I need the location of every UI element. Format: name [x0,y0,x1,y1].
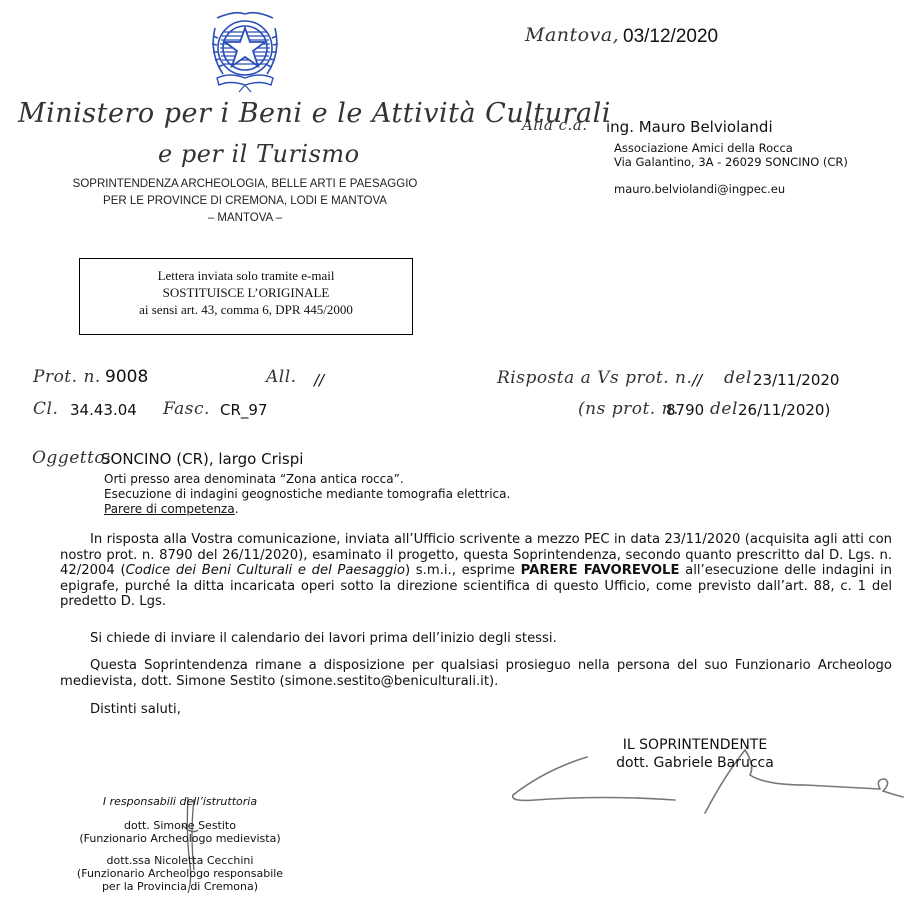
ministry-name-line2: e per il Turismo [158,140,338,168]
person2-role-line1: (Funzionario Archeologo responsabile [55,867,305,880]
office-heading: SOPRINTENDENZA ARCHEOLOGIA, BELLE ARTI E… [40,176,450,227]
cl-label: Cl. [33,399,58,419]
signatory-name: dott. Gabriele Barucca [590,754,800,772]
notice-line-1: Lettera inviata solo tramite e-mail [80,267,412,284]
subject-line-3: Parere di competenza. [104,502,510,517]
closing: Distinti saluti, [60,702,892,718]
person1-name: dott. Simone Sestito [55,819,305,832]
office-line-3: – MANTOVA – [40,210,450,227]
subject-title: SONCINO (CR), largo Crispi [101,450,303,468]
fasc-label: Fasc. [163,399,210,419]
ns-del-label: del [710,399,738,419]
recipient-email: mauro.belviolandi@ingpec.eu [614,182,785,196]
reply-del-label: del [724,368,752,388]
signatory-block: IL SOPRINTENDENTE dott. Gabriele Barucca [590,736,800,772]
letter-date: 03/12/2020 [623,26,718,48]
person2-name: dott.ssa Nicoletta Cecchini [55,854,305,867]
prot-value: 9008 [105,367,148,387]
reply-value: // [692,371,702,389]
recipient-address: Via Galantino, 3A - 26029 SONCINO (CR) [614,155,848,169]
notice-line-3: ai sensi art. 43, comma 6, DPR 445/2000 [80,301,412,318]
ns-prot-label: (ns prot. n. [578,399,679,419]
place-label: Mantova, [525,24,619,46]
responsabili-block: I responsabili dell’istruttoria dott. Si… [55,795,305,893]
prot-label: Prot. n. [33,367,101,387]
ns-prot-value: 8790 [666,401,704,419]
office-line-1: SOPRINTENDENZA ARCHEOLOGIA, BELLE ARTI E… [40,176,450,193]
subject-line-2: Esecuzione di indagini geognostiche medi… [104,487,510,502]
subject-underlined: Parere di competenza [104,502,235,516]
email-notice-box: Lettera inviata solo tramite e-mail SOST… [79,258,413,335]
reply-label: Risposta a Vs prot. n. [497,368,692,388]
responsabili-title: I responsabili dell’istruttoria [55,795,305,808]
recipient-name: ing. Mauro Belviolandi [606,118,773,136]
body-paragraph-1: In risposta alla Vostra comunicazione, i… [60,532,892,610]
notice-line-2: SOSTITUISCE L’ORIGINALE [80,284,412,301]
cl-value: 34.43.04 [70,401,137,419]
signatory-title: IL SOPRINTENDENTE [590,736,800,754]
favorable-opinion: PARERE FAVOREVOLE [521,563,680,578]
reply-date: 23/11/2020 [753,371,839,389]
all-label: All. [266,367,297,387]
body-paragraph-2: Si chiede di inviare il calendario dei l… [60,631,892,647]
fasc-value: CR_97 [220,401,267,419]
recipient-address-block: Associazione Amici della Rocca Via Galan… [614,141,848,169]
all-value: // [314,371,324,389]
italian-republic-emblem-icon [205,8,285,94]
subject-details: Orti presso area denominata “Zona antica… [104,472,510,517]
recipient-label: Alla c.a. [522,116,588,134]
body-paragraph-3: Questa Soprintendenza rimane a disposizi… [60,658,892,689]
subject-label: Oggetto: [32,448,111,468]
person2-role-line2: per la Provincia di Cremona) [55,880,305,893]
subject-line-1: Orti presso area denominata “Zona antica… [104,472,510,487]
recipient-organization: Associazione Amici della Rocca [614,141,848,155]
ministry-name-line1: Ministero per i Beni e le Attività Cultu… [18,98,478,129]
person1-role: (Funzionario Archeologo medievista) [55,832,305,845]
law-title: Codice dei Beni Culturali e del Paesaggi… [126,563,405,578]
office-line-2: PER LE PROVINCE DI CREMONA, LODI E MANTO… [40,193,450,210]
ns-date: 26/11/2020) [738,401,830,419]
